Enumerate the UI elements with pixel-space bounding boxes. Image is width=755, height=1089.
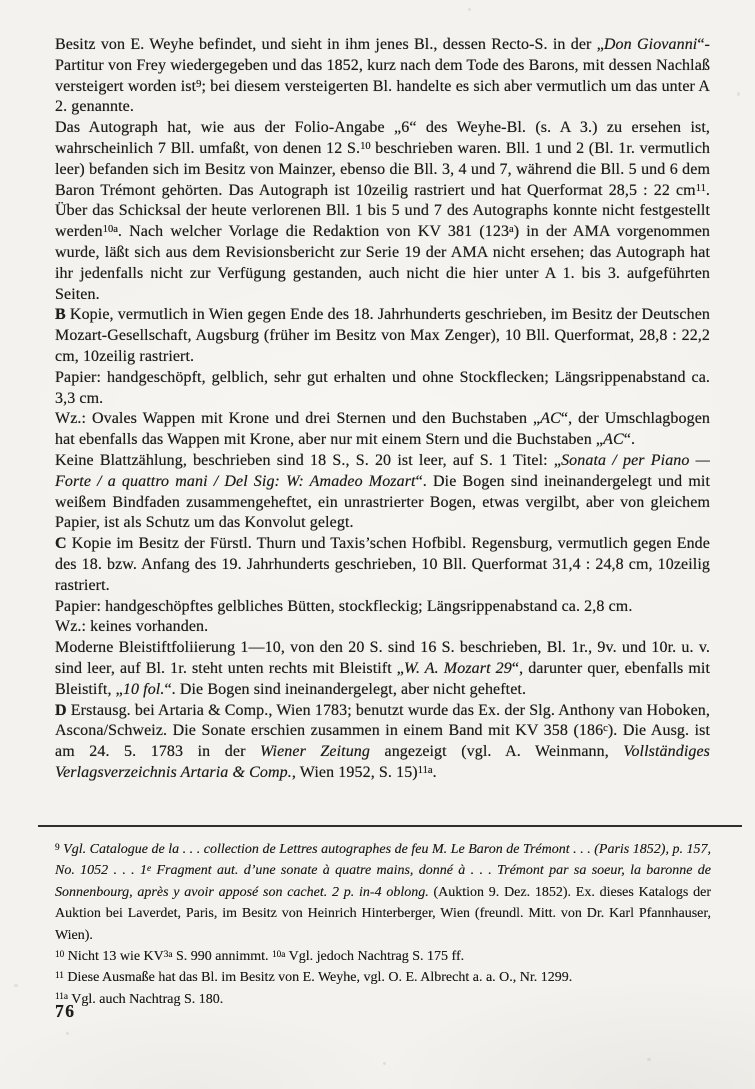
paragraph-wasserzeichen-c: Wz.: keines vorhanden. xyxy=(55,617,710,638)
main-text: Besitz von E. Weyhe befindet, und sieht … xyxy=(55,35,710,784)
paragraph-papier-c: Papier: handgeschöpftes gelbliches Bütte… xyxy=(55,597,710,618)
paragraph-continuation: Besitz von E. Weyhe befindet, und sieht … xyxy=(55,35,710,118)
paragraph-source-c: C Kopie im Besitz der Fürstl. Thurn und … xyxy=(55,534,710,596)
paper-speck xyxy=(468,8,471,11)
paragraph-blattzaehlung: Keine Blattzählung, beschrieben sind 18 … xyxy=(55,451,710,534)
paragraph-wasserzeichen-b: Wz.: Ovales Wappen mit Krone und drei St… xyxy=(55,409,710,451)
footnote-11a: 11a Vgl. auch Nachtrag S. 180. xyxy=(55,989,711,1010)
page-number: 76 xyxy=(55,1001,76,1022)
footnote-10: 10 Nicht 13 wie KV3a S. 990 annimmt. 10a… xyxy=(55,946,711,967)
paragraph-autograph: Das Autograph hat, wie aus der Folio-Ang… xyxy=(55,118,710,305)
page: Besitz von E. Weyhe befindet, und sieht … xyxy=(0,0,755,1089)
scanned-book-page: { "colors": { "paper": "#f4f2ee", "ink":… xyxy=(0,0,755,1089)
paper-speck xyxy=(737,92,740,96)
footnote-separator-rule xyxy=(38,825,742,827)
paragraph-foliierung: Moderne Bleistiftfoliierung 1—10, von de… xyxy=(55,638,710,700)
paper-speck xyxy=(647,1058,651,1061)
paragraph-source-b: B Kopie, vermutlich in Wien gegen Ende d… xyxy=(55,305,710,367)
paper-speck xyxy=(14,984,18,987)
paper-speck xyxy=(66,1032,69,1035)
footnotes: 9 Vgl. Catalogue de la . . . collection … xyxy=(55,839,711,1010)
paragraph-source-d: D Erstausg. bei Artaria & Comp., Wien 17… xyxy=(55,701,710,784)
footnote-11: 11 Diese Ausmaße hat das Bl. im Besitz v… xyxy=(55,967,711,988)
footnote-9: 9 Vgl. Catalogue de la . . . collection … xyxy=(55,839,711,946)
paper-speck xyxy=(383,1062,386,1065)
paragraph-papier-b: Papier: handgeschöpft, gelblich, sehr gu… xyxy=(55,368,710,410)
